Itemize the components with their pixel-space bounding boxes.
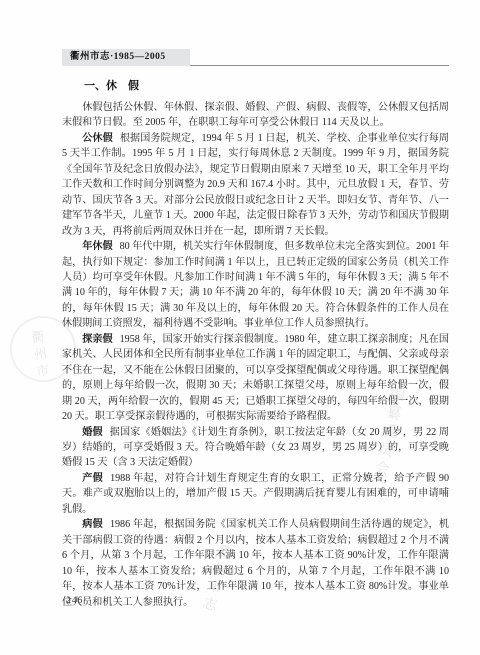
paragraph-text: 休假包括公休假、年休假、探亲假、婚假、产假、病假、丧假等，公休假又包括周末假和节… [62, 102, 449, 128]
paragraph-text: 80 年代中期，机关实行年休假制度，但多数单位未完全落实到位。2001 年起，执… [62, 241, 449, 329]
paragraph-label: 公休假 [82, 133, 113, 144]
paragraph: 休假包括公休假、年休假、探亲假、婚假、产假、病假、丧假等，公休假又包括周末假和节… [62, 100, 449, 131]
paragraph: 产假1988 年起，对符合计划生育规定生育的女职工，正常分娩者，给予产假 90 … [62, 471, 449, 517]
paragraph-text: 据国家《婚姻法》《计划生育条例》，职工按法定年龄（女 20 周岁，男 22 周岁… [62, 427, 449, 469]
paragraph-text: 1958 年，国家开始实行探亲假制度。1980 年，建立职工探亲制度；凡在国家机… [62, 334, 449, 422]
paragraph-label: 婚假 [82, 427, 103, 438]
paragraph-label: 病假 [82, 519, 103, 530]
section-heading: 一、休 假 [62, 79, 449, 93]
paragraph-text: 1988 年起，对符合计划生育规定生育的女职工，正常分娩者，给予产假 90 天。… [62, 473, 449, 515]
body-text: 休假包括公休假、年休假、探亲假、婚假、产假、病假、丧假等，公休假又包括周末假和节… [62, 100, 449, 610]
paragraph: 公休假根据国务院规定，1994 年 5 月 1 日起，机关、学校、企事业单位实行… [62, 131, 449, 239]
book-page: 衢州市志·1985—2005 一、休 假 休假包括公休假、年休假、探亲假、婚假、… [0, 0, 480, 655]
paragraph: 婚假据国家《婚姻法》《计划生育条例》，职工按法定年龄（女 20 周岁，男 22 … [62, 425, 449, 471]
paragraph-text: 1986 年起，根据国务院《国家机关工作人员病假期间生活待遇的规定》，机关干部病… [62, 519, 449, 607]
paragraph: 年休假80 年代中期，机关实行年休假制度，但多数单位未完全落实到位。2001 年… [62, 239, 449, 332]
paragraph-text: 根据国务院规定，1994 年 5 月 1 日起，机关、学校、企事业单位实行每周 … [62, 133, 449, 237]
page-number: ·246· [62, 596, 88, 606]
watermark-text: 衢州市 [27, 329, 53, 382]
paragraph-label: 年休假 [82, 241, 112, 252]
paragraph-label: 探亲假 [82, 334, 112, 345]
paragraph-label: 产假 [82, 473, 103, 484]
paragraph: 探亲假1958 年，国家开始实行探亲假制度。1980 年，建立职工探亲制度；凡在… [62, 332, 449, 425]
paragraph: 病假1986 年起，根据国务院《国家机关工作人员病假期间生活待遇的规定》，机关干… [62, 517, 449, 610]
page-content: 一、休 假 休假包括公休假、年休假、探亲假、婚假、产假、病假、丧假等，公休假又包… [62, 79, 449, 610]
running-head: 衢州市志·1985—2005 [62, 49, 190, 66]
